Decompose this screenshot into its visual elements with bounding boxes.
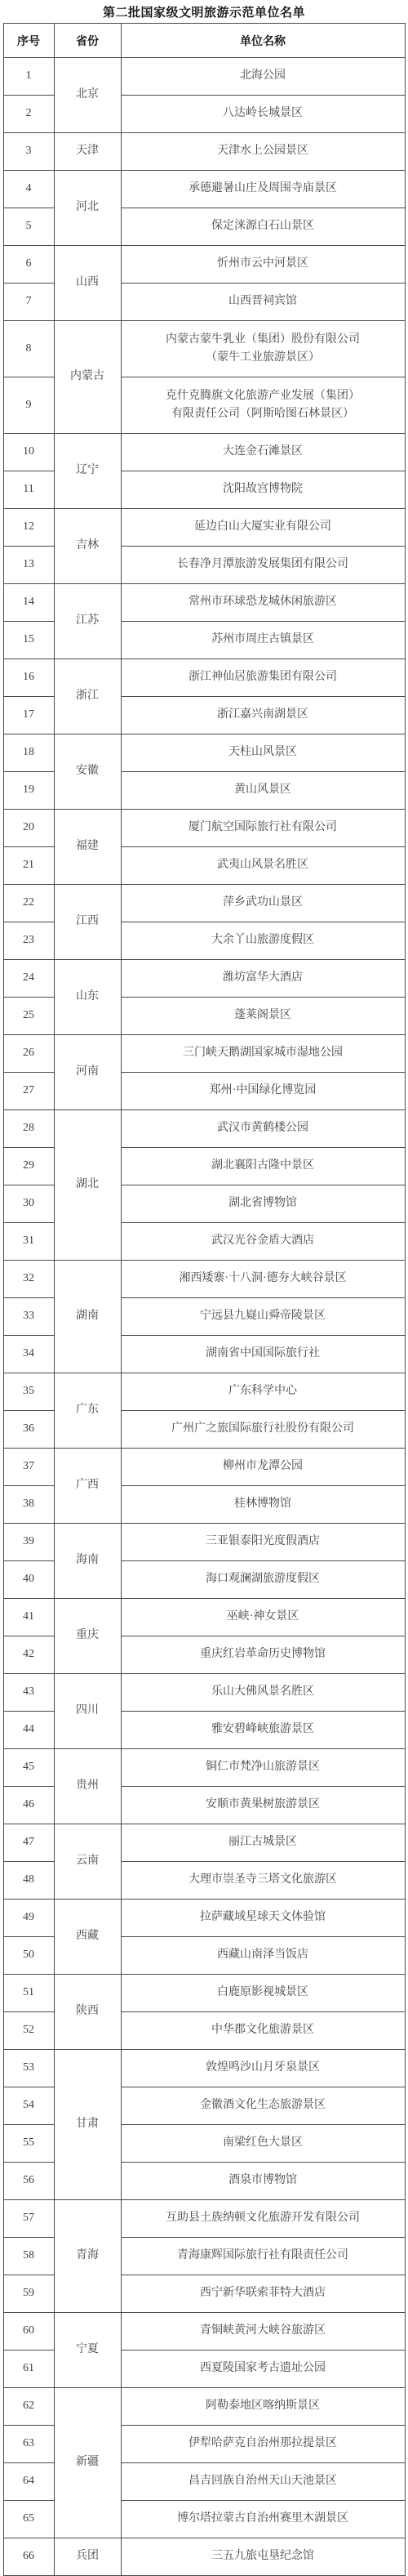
unit-name-cell: 内蒙古蒙牛乳业（集团）股份有限公司 （蒙牛工业旅游景区） [121, 321, 405, 377]
row-number-cell: 8 [3, 321, 54, 377]
row-number-cell: 32 [3, 1261, 54, 1298]
row-number-cell: 43 [3, 1674, 54, 1712]
unit-name-cell: 承德避暑山庄及周围寺庙景区 [121, 171, 405, 208]
unit-name-cell: 中华郡文化旅游景区 [121, 2012, 405, 2050]
unit-name-cell: 湘西矮寨·十八洞·德夯大峡谷景区 [121, 1261, 405, 1298]
unit-name-cell: 重庆红岩革命历史博物馆 [121, 1636, 405, 1674]
row-number-cell: 49 [3, 1900, 54, 1937]
unit-name-cell: 青海康辉国际旅行社有限责任公司 [121, 2238, 405, 2275]
province-cell: 江苏 [54, 584, 121, 659]
table-row: 43四川乐山大佛风景名胜区 [3, 1674, 405, 1712]
row-number-cell: 36 [3, 1411, 54, 1449]
unit-name-cell: 天柱山风景区 [121, 734, 405, 772]
table-row: 53甘肃敦煌鸣沙山月牙泉景区 [3, 2050, 405, 2087]
unit-name-cell: 湖北襄阳古隆中景区 [121, 1148, 405, 1185]
row-number-cell: 55 [3, 2125, 54, 2163]
row-number-cell: 21 [3, 847, 54, 885]
table-row: 24山东潍坊富华大酒店 [3, 960, 405, 998]
province-cell: 安徽 [54, 734, 121, 810]
unit-name-cell: 博尔塔拉蒙古自治州赛里木湖景区 [121, 2501, 405, 2538]
row-number-cell: 20 [3, 810, 54, 847]
unit-name-cell: 昌吉回族自治州天山天池景区 [121, 2463, 405, 2501]
province-cell: 新疆 [54, 2388, 121, 2538]
province-cell: 湖北 [54, 1110, 121, 1261]
table-row: 4河北承德避暑山庄及周围寺庙景区 [3, 171, 405, 208]
unit-name-cell: 黄山风景区 [121, 772, 405, 810]
row-number-cell: 57 [3, 2200, 54, 2238]
province-cell: 广西 [54, 1449, 121, 1524]
unit-name-cell: 蓬莱阁景区 [121, 998, 405, 1035]
table-row: 22江西萍乡武功山景区 [3, 885, 405, 922]
row-number-cell: 12 [3, 509, 54, 547]
unit-name-cell: 常州市环球恐龙城休闲旅游区 [121, 584, 405, 622]
table-row: 41重庆巫峡·神女景区 [3, 1599, 405, 1636]
row-number-cell: 6 [3, 246, 54, 283]
unit-name-cell: 三门峡天鹅湖国家城市湿地公园 [121, 1035, 405, 1073]
row-number-cell: 62 [3, 2388, 54, 2426]
unit-name-cell: 大余丫山旅游度假区 [121, 922, 405, 960]
table-row: 26河南三门峡天鹅湖国家城市湿地公园 [3, 1035, 405, 1073]
province-cell: 河南 [54, 1035, 121, 1110]
row-number-cell: 23 [3, 922, 54, 960]
header-index: 序号 [3, 24, 54, 58]
unit-name-cell: 大连金石滩景区 [121, 434, 405, 471]
unit-name-cell: 金徽酒文化生态旅游景区 [121, 2087, 405, 2125]
row-number-cell: 31 [3, 1223, 54, 1261]
unit-name-cell: 苏州市周庄古镇景区 [121, 622, 405, 659]
row-number-cell: 48 [3, 1862, 54, 1900]
province-cell: 湖南 [54, 1261, 121, 1373]
unit-name-cell: 柳州市龙潭公园 [121, 1449, 405, 1486]
unit-name-cell: 宁远县九嶷山舜帝陵景区 [121, 1298, 405, 1336]
row-number-cell: 54 [3, 2087, 54, 2125]
unit-name-cell: 酒泉市博物馆 [121, 2163, 405, 2200]
unit-name-cell: 西宁新华联索菲特大酒店 [121, 2275, 405, 2313]
unit-name-cell: 武夷山风景名胜区 [121, 847, 405, 885]
unit-name-cell: 郑州·中国绿化博览园 [121, 1073, 405, 1110]
row-number-cell: 7 [3, 283, 54, 321]
table-row: 18安徽天柱山风景区 [3, 734, 405, 772]
table-row: 37广西柳州市龙潭公园 [3, 1449, 405, 1486]
header-row: 序号 省份 单位名称 [3, 24, 405, 58]
unit-name-cell: 大理市崇圣寺三塔文化旅游区 [121, 1862, 405, 1900]
unit-name-cell: 拉萨藏域星球天文体验馆 [121, 1900, 405, 1937]
row-number-cell: 29 [3, 1148, 54, 1185]
unit-name-cell: 西藏山南泽当饭店 [121, 1937, 405, 1975]
unit-name-cell: 武汉市黄鹤楼公园 [121, 1110, 405, 1148]
unit-name-cell: 萍乡武功山景区 [121, 885, 405, 922]
table-row: 66兵团三五九旅屯垦纪念馆 [3, 2538, 405, 2576]
province-cell: 浙江 [54, 659, 121, 734]
province-cell: 北京 [54, 58, 121, 133]
unit-name-cell: 铜仁市梵净山旅游景区 [121, 1749, 405, 1787]
row-number-cell: 22 [3, 885, 54, 922]
unit-name-cell: 沈阳故宫博物院 [121, 471, 405, 509]
province-cell: 辽宁 [54, 434, 121, 509]
unit-name-cell: 克什克腾旗文化旅游产业发展（集团） 有限责任公司（阿斯哈图石林景区） [121, 377, 405, 434]
unit-name-cell: 八达岭长城景区 [121, 96, 405, 133]
province-cell: 内蒙古 [54, 321, 121, 434]
row-number-cell: 11 [3, 471, 54, 509]
province-cell: 河北 [54, 171, 121, 246]
row-number-cell: 28 [3, 1110, 54, 1148]
row-number-cell: 26 [3, 1035, 54, 1073]
unit-name-cell: 北海公园 [121, 58, 405, 96]
header-unit-name: 单位名称 [121, 24, 405, 58]
row-number-cell: 18 [3, 734, 54, 772]
table-row: 3天津天津水上公园景区 [3, 133, 405, 171]
unit-name-cell: 青铜峡黄河大峡谷旅游区 [121, 2313, 405, 2351]
unit-name-cell: 丽江古城景区 [121, 1824, 405, 1862]
row-number-cell: 63 [3, 2426, 54, 2463]
unit-name-cell: 武汉光谷金盾大酒店 [121, 1223, 405, 1261]
row-number-cell: 58 [3, 2238, 54, 2275]
table-body: 1北京北海公园2八达岭长城景区3天津天津水上公园景区4河北承德避暑山庄及周围寺庙… [3, 58, 405, 2576]
row-number-cell: 30 [3, 1185, 54, 1223]
row-number-cell: 53 [3, 2050, 54, 2087]
document-page: 第二批国家级文明旅游示范单位名单 序号 省份 单位名称 1北京北海公园2八达岭长… [0, 0, 408, 2576]
row-number-cell: 4 [3, 171, 54, 208]
row-number-cell: 9 [3, 377, 54, 434]
table-row: 60宁夏青铜峡黄河大峡谷旅游区 [3, 2313, 405, 2351]
row-number-cell: 35 [3, 1373, 54, 1411]
row-number-cell: 1 [3, 58, 54, 96]
unit-name-cell: 浙江神仙居旅游集团有限公司 [121, 659, 405, 697]
unit-name-cell: 互助县土族纳顿文化旅游开发有限公司 [121, 2200, 405, 2238]
table-row: 6山西忻州市云中河景区 [3, 246, 405, 283]
row-number-cell: 66 [3, 2538, 54, 2576]
row-number-cell: 33 [3, 1298, 54, 1336]
table-row: 49西藏拉萨藏域星球天文体验馆 [3, 1900, 405, 1937]
province-cell: 山东 [54, 960, 121, 1035]
table-row: 45贵州铜仁市梵净山旅游景区 [3, 1749, 405, 1787]
table-row: 1北京北海公园 [3, 58, 405, 96]
table-row: 32湖南湘西矮寨·十八洞·德夯大峡谷景区 [3, 1261, 405, 1298]
unit-name-cell: 西夏陵国家考古遗址公园 [121, 2351, 405, 2388]
table-row: 8内蒙古内蒙古蒙牛乳业（集团）股份有限公司 （蒙牛工业旅游景区） [3, 321, 405, 377]
row-number-cell: 17 [3, 697, 54, 734]
row-number-cell: 19 [3, 772, 54, 810]
row-number-cell: 40 [3, 1561, 54, 1599]
row-number-cell: 44 [3, 1712, 54, 1749]
province-cell: 广东 [54, 1373, 121, 1449]
row-number-cell: 50 [3, 1937, 54, 1975]
table-row: 20福建厦门航空国际旅行社有限公司 [3, 810, 405, 847]
row-number-cell: 5 [3, 208, 54, 246]
table-row: 28湖北武汉市黄鹤楼公园 [3, 1110, 405, 1148]
row-number-cell: 52 [3, 2012, 54, 2050]
row-number-cell: 47 [3, 1824, 54, 1862]
row-number-cell: 2 [3, 96, 54, 133]
table-row: 62新疆阿勒泰地区喀纳斯景区 [3, 2388, 405, 2426]
row-number-cell: 41 [3, 1599, 54, 1636]
unit-name-cell: 白鹿原影视城景区 [121, 1975, 405, 2012]
unit-name-cell: 巫峡·神女景区 [121, 1599, 405, 1636]
unit-name-cell: 雅安碧峰峡旅游景区 [121, 1712, 405, 1749]
province-cell: 云南 [54, 1824, 121, 1900]
table-row: 57青海互助县土族纳顿文化旅游开发有限公司 [3, 2200, 405, 2238]
table-row: 16浙江浙江神仙居旅游集团有限公司 [3, 659, 405, 697]
province-cell: 重庆 [54, 1599, 121, 1674]
province-cell: 西藏 [54, 1900, 121, 1975]
table-row: 14江苏常州市环球恐龙城休闲旅游区 [3, 584, 405, 622]
row-number-cell: 38 [3, 1486, 54, 1524]
page-title: 第二批国家级文明旅游示范单位名单 [0, 0, 408, 23]
row-number-cell: 61 [3, 2351, 54, 2388]
province-cell: 四川 [54, 1674, 121, 1749]
table-row: 10辽宁大连金石滩景区 [3, 434, 405, 471]
province-cell: 甘肃 [54, 2050, 121, 2200]
unit-name-cell: 山西晋祠宾馆 [121, 283, 405, 321]
unit-name-cell: 广东科学中心 [121, 1373, 405, 1411]
unit-name-cell: 天津水上公园景区 [121, 133, 405, 171]
province-cell: 贵州 [54, 1749, 121, 1824]
unit-name-cell: 三五九旅屯垦纪念馆 [121, 2538, 405, 2576]
row-number-cell: 3 [3, 133, 54, 171]
row-number-cell: 45 [3, 1749, 54, 1787]
province-cell: 天津 [54, 133, 121, 171]
row-number-cell: 65 [3, 2501, 54, 2538]
province-cell: 吉林 [54, 509, 121, 584]
header-province: 省份 [54, 24, 121, 58]
province-cell: 福建 [54, 810, 121, 885]
row-number-cell: 15 [3, 622, 54, 659]
province-cell: 海南 [54, 1524, 121, 1599]
row-number-cell: 64 [3, 2463, 54, 2501]
table-row: 12吉林延边白山大厦实业有限公司 [3, 509, 405, 547]
province-cell: 兵团 [54, 2538, 121, 2576]
row-number-cell: 24 [3, 960, 54, 998]
unit-name-cell: 潍坊富华大酒店 [121, 960, 405, 998]
unit-name-cell: 浙江嘉兴南湖景区 [121, 697, 405, 734]
province-cell: 宁夏 [54, 2313, 121, 2388]
unit-name-cell: 长春净月潭旅游发展集团有限公司 [121, 547, 405, 584]
table-row: 35广东广东科学中心 [3, 1373, 405, 1411]
table-row: 47云南丽江古城景区 [3, 1824, 405, 1862]
table-row: 39海南三亚银泰阳光度假酒店 [3, 1524, 405, 1561]
row-number-cell: 13 [3, 547, 54, 584]
unit-name-cell: 忻州市云中河景区 [121, 246, 405, 283]
unit-name-cell: 南梁红色大景区 [121, 2125, 405, 2163]
row-number-cell: 51 [3, 1975, 54, 2012]
province-cell: 陕西 [54, 1975, 121, 2050]
province-cell: 青海 [54, 2200, 121, 2313]
unit-name-cell: 三亚银泰阳光度假酒店 [121, 1524, 405, 1561]
row-number-cell: 46 [3, 1787, 54, 1824]
unit-name-cell: 敦煌鸣沙山月牙泉景区 [121, 2050, 405, 2087]
row-number-cell: 37 [3, 1449, 54, 1486]
unit-name-cell: 桂林博物馆 [121, 1486, 405, 1524]
unit-name-cell: 阿勒泰地区喀纳斯景区 [121, 2388, 405, 2426]
unit-name-cell: 湖南省中国国际旅行社 [121, 1336, 405, 1373]
row-number-cell: 42 [3, 1636, 54, 1674]
unit-name-cell: 延边白山大厦实业有限公司 [121, 509, 405, 547]
unit-name-cell: 保定涞源白石山景区 [121, 208, 405, 246]
province-cell: 山西 [54, 246, 121, 321]
table-row: 51陕西白鹿原影视城景区 [3, 1975, 405, 2012]
row-number-cell: 16 [3, 659, 54, 697]
row-number-cell: 60 [3, 2313, 54, 2351]
unit-name-cell: 厦门航空国际旅行社有限公司 [121, 810, 405, 847]
unit-name-cell: 乐山大佛风景名胜区 [121, 1674, 405, 1712]
row-number-cell: 39 [3, 1524, 54, 1561]
unit-name-cell: 海口观澜湖旅游度假区 [121, 1561, 405, 1599]
row-number-cell: 25 [3, 998, 54, 1035]
unit-name-cell: 广州广之旅国际旅行社股份有限公司 [121, 1411, 405, 1449]
row-number-cell: 56 [3, 2163, 54, 2200]
unit-name-cell: 安顺市黄果树旅游景区 [121, 1787, 405, 1824]
unit-table: 序号 省份 单位名称 1北京北海公园2八达岭长城景区3天津天津水上公园景区4河北… [3, 23, 406, 2576]
unit-name-cell: 伊犁哈萨克自治州那拉提景区 [121, 2426, 405, 2463]
row-number-cell: 34 [3, 1336, 54, 1373]
unit-name-cell: 湖北省博物馆 [121, 1185, 405, 1223]
row-number-cell: 59 [3, 2275, 54, 2313]
row-number-cell: 27 [3, 1073, 54, 1110]
row-number-cell: 14 [3, 584, 54, 622]
province-cell: 江西 [54, 885, 121, 960]
row-number-cell: 10 [3, 434, 54, 471]
